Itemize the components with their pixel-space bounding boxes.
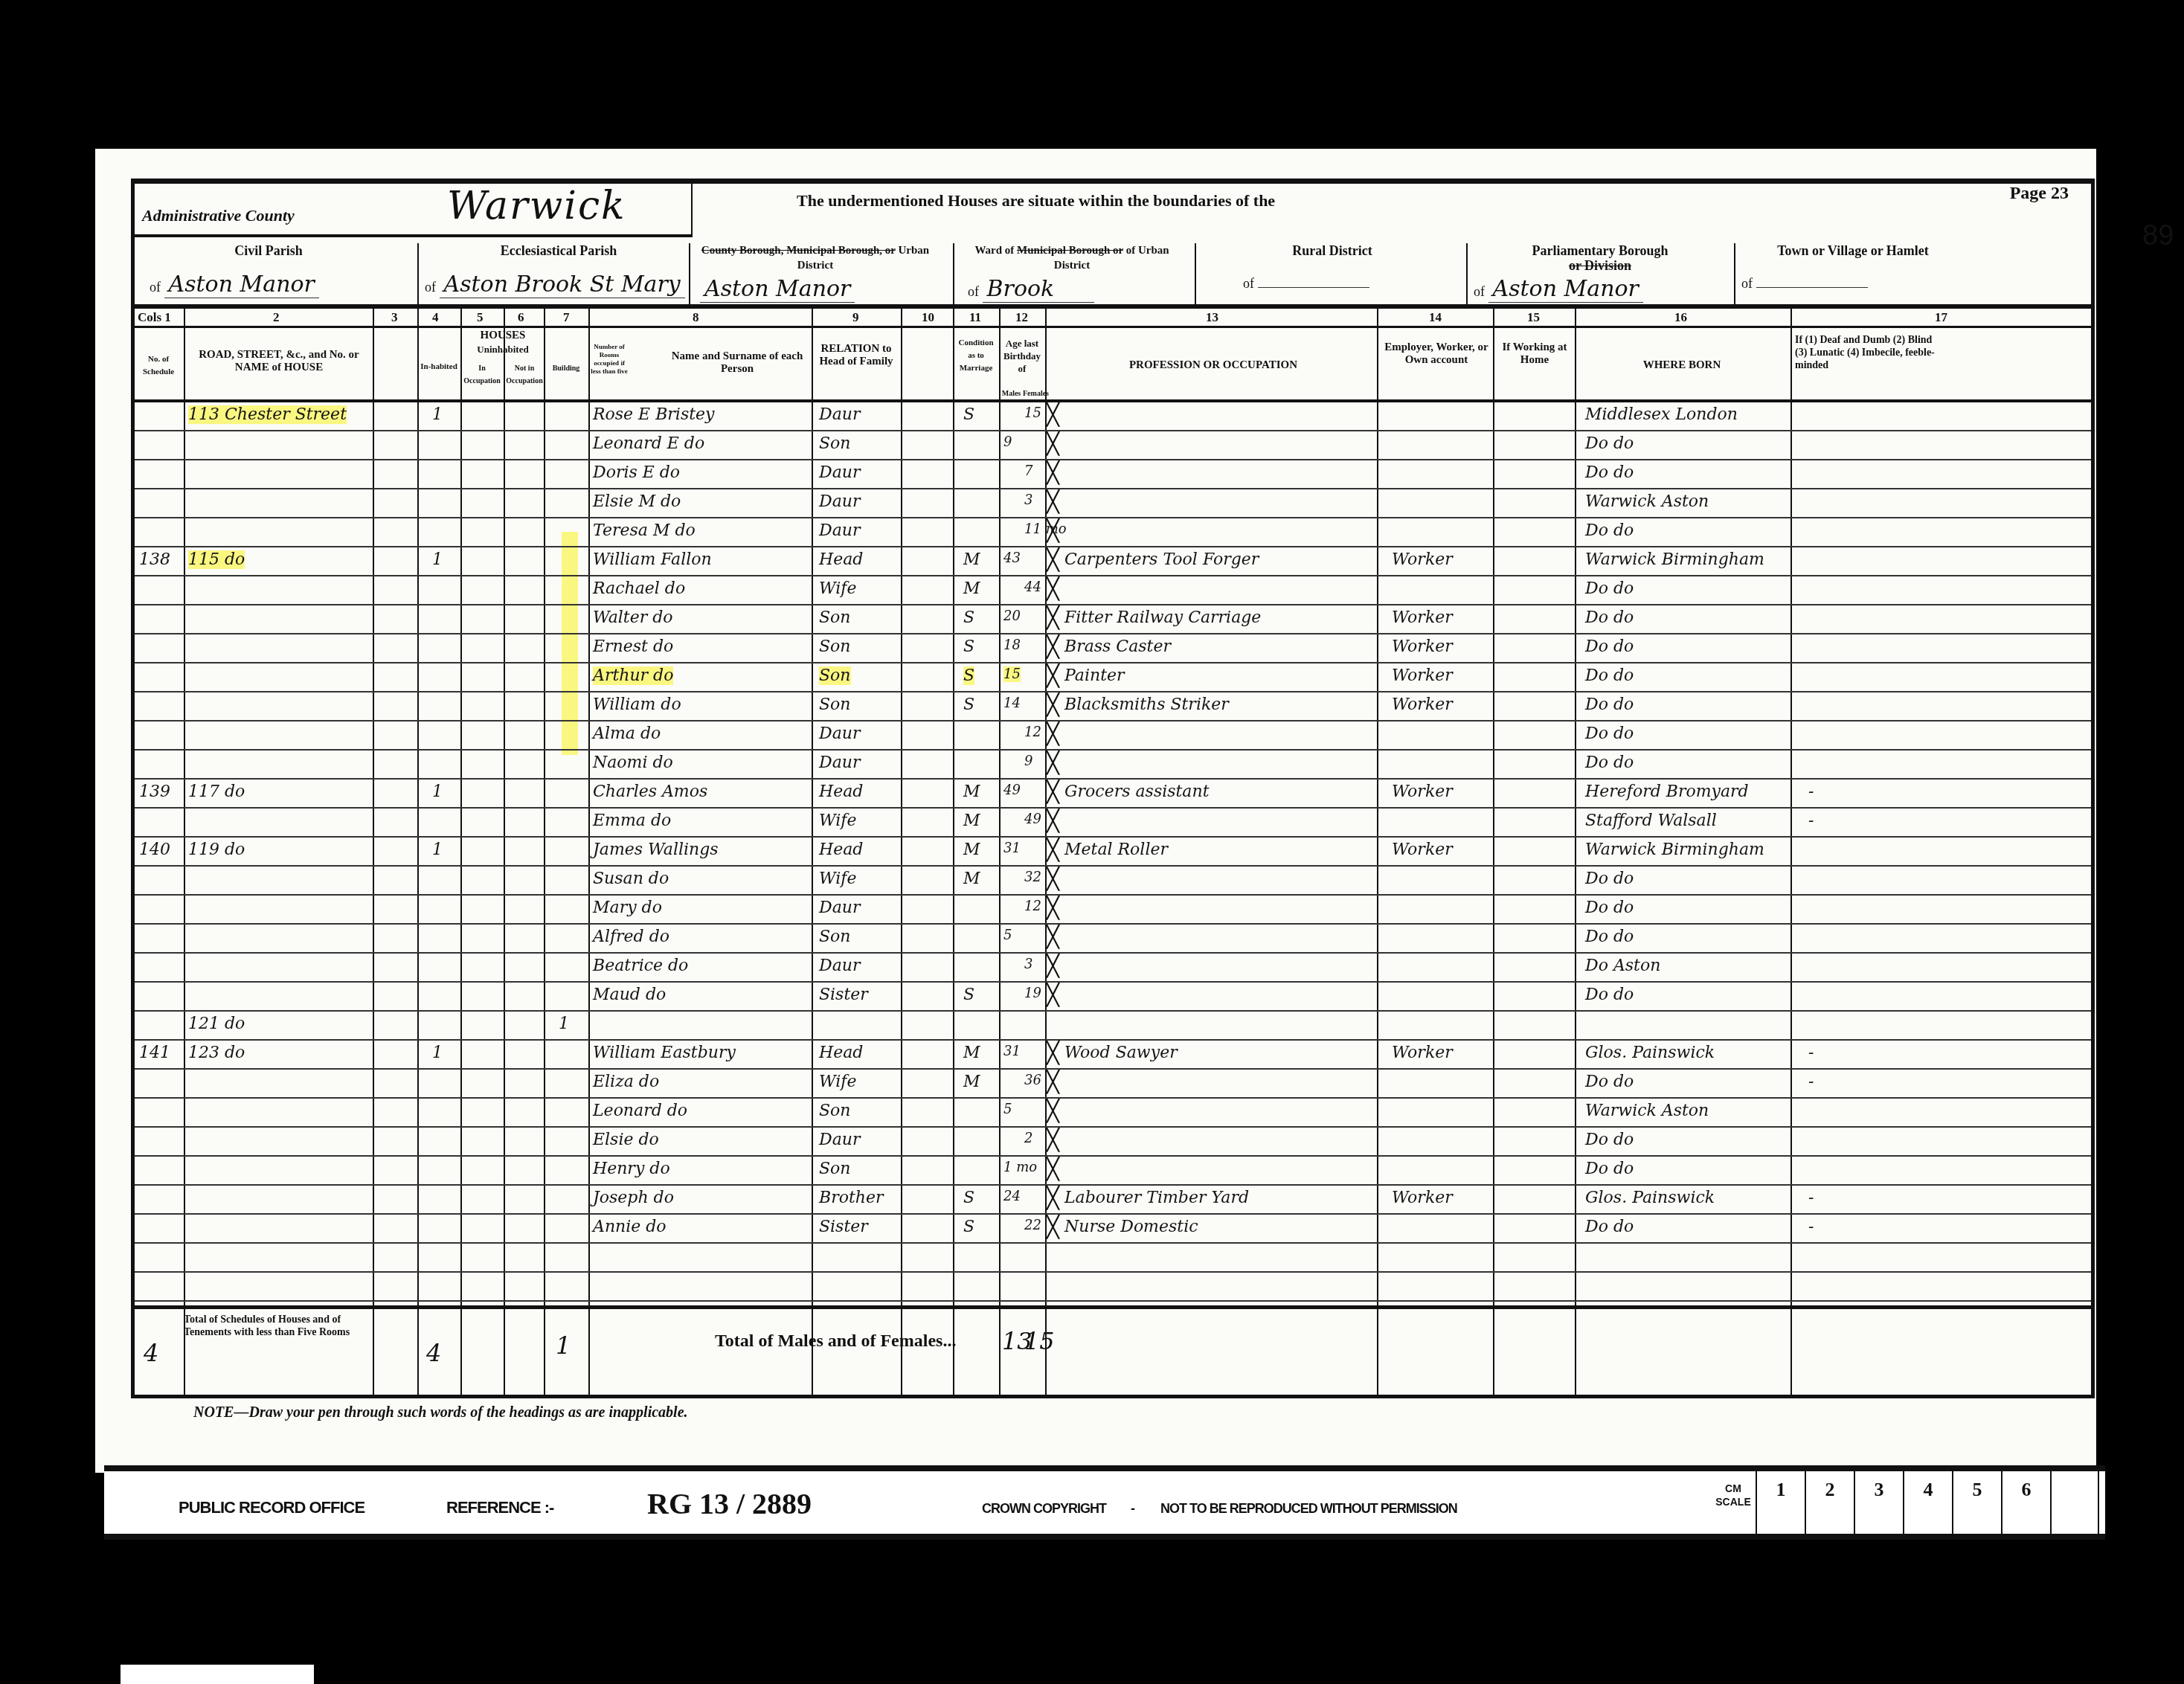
table-row: Alfred doSon5Do do╳ xyxy=(135,925,2091,954)
employer-status: Worker xyxy=(1392,608,1453,627)
person-name: Mary do xyxy=(593,899,662,917)
table-row: Maud doSisterS19Do do╳ xyxy=(135,983,2091,1012)
inhabited-count: 1 xyxy=(432,782,443,801)
marital-condition: M xyxy=(963,550,980,569)
tally-cross-icon: ╳ xyxy=(1047,1070,1059,1094)
person-name: William Fallon xyxy=(593,550,712,569)
urban-district-field: Aston Manor xyxy=(700,276,855,303)
employer-status: Worker xyxy=(1392,666,1453,685)
admin-county-value: Warwick xyxy=(447,184,626,228)
rural-district-label: Rural District xyxy=(1250,243,1414,258)
female-age: 19 xyxy=(1024,986,1041,1001)
male-age: 14 xyxy=(1003,695,1021,711)
relation: Daur xyxy=(819,1131,860,1149)
heading-houses: HOUSES xyxy=(421,330,585,342)
total-females: 15 xyxy=(1024,1327,1055,1355)
where-born: Warwick Aston xyxy=(1585,492,1709,511)
person-name: Alma do xyxy=(593,724,661,743)
address: 121 do xyxy=(188,1015,245,1033)
heading-road: ROAD, STREET, &c., and No. or NAME of HO… xyxy=(188,349,370,374)
employer-status: Worker xyxy=(1392,1189,1453,1207)
table-row xyxy=(135,1273,2091,1302)
where-born: Do do xyxy=(1585,695,1634,714)
female-age: 49 xyxy=(1024,812,1041,827)
table-row: Teresa M doDaur11 moDo do╳ xyxy=(135,518,2091,547)
inhabited-count: 1 xyxy=(432,1044,443,1062)
person-name: Teresa M do xyxy=(593,521,696,540)
where-born: Do do xyxy=(1585,463,1634,482)
table-row: Annie doSisterS22Nurse DomesticDo do-╳ xyxy=(135,1215,2091,1244)
employer-status: Worker xyxy=(1392,782,1453,801)
marital-condition: S xyxy=(963,666,974,685)
parliamentary-borough-value: Aston Manor xyxy=(1488,276,1643,303)
occupation: Wood Sawyer xyxy=(1064,1044,1178,1062)
male-age: 9 xyxy=(1003,434,1012,450)
relation: Daur xyxy=(819,724,860,743)
page-number: Page 23 xyxy=(2010,184,2069,204)
address: 115 do xyxy=(188,550,245,569)
occupation: Labourer Timber Yard xyxy=(1064,1189,1249,1207)
person-name: Annie do xyxy=(593,1218,667,1236)
marital-condition: S xyxy=(963,405,974,424)
table-row: Leonard doSon5Warwick Aston╳ xyxy=(135,1099,2091,1128)
person-name: Walter do xyxy=(593,608,673,627)
heading-building: Building xyxy=(545,362,587,375)
marital-condition: S xyxy=(963,637,974,656)
heading-name: Name and Surname of each Person xyxy=(663,350,812,376)
marital-condition: M xyxy=(963,841,980,859)
relation: Head xyxy=(819,841,863,859)
heading-working-at-home: If Working at Home xyxy=(1496,341,1573,367)
person-name: Eliza do xyxy=(593,1073,659,1091)
address: 123 do xyxy=(188,1044,245,1062)
schedule-number: 140 xyxy=(139,841,170,859)
tally-cross-icon: ╳ xyxy=(1047,518,1059,543)
col-number: 12 xyxy=(1015,310,1028,325)
tally-cross-icon: ╳ xyxy=(1047,663,1059,688)
heading-rooms: Number of Rooms occupied if less than fi… xyxy=(590,343,629,376)
tally-cross-icon: ╳ xyxy=(1047,1128,1059,1152)
divider xyxy=(1466,243,1468,309)
total-schedules: 4 xyxy=(144,1339,158,1367)
person-name: Beatrice do xyxy=(593,957,688,975)
person-name: Emma do xyxy=(593,812,671,830)
tally-cross-icon: ╳ xyxy=(1047,751,1059,775)
male-age: 5 xyxy=(1003,928,1012,943)
scale-mark: 4 xyxy=(1903,1471,1952,1534)
scale-label: CM SCALE xyxy=(1711,1471,1756,1534)
relation: Son xyxy=(819,666,851,685)
scale-mark: 3 xyxy=(1854,1471,1903,1534)
rural-district-field: of xyxy=(1243,276,1369,292)
relation: Head xyxy=(819,550,863,569)
address: 113 Chester Street xyxy=(188,405,347,424)
civil-parish-label: Civil Parish xyxy=(179,243,358,258)
relation: Daur xyxy=(819,957,860,975)
urban-district-label: County Borough, Municipal Borough, or Ur… xyxy=(696,243,934,273)
col-number: 14 xyxy=(1429,310,1442,325)
relation: Wife xyxy=(819,579,856,598)
divider xyxy=(1195,243,1196,309)
marital-condition: S xyxy=(963,1189,974,1207)
table-row: 141123 do1William EastburyHeadM31Wood Sa… xyxy=(135,1041,2091,1070)
male-age: 18 xyxy=(1003,637,1021,653)
where-born: Do do xyxy=(1585,666,1634,685)
table-row: Henry doSon1 moDo do╳ xyxy=(135,1157,2091,1186)
marital-condition: S xyxy=(963,986,974,1004)
where-born: Hereford Bromyard xyxy=(1585,782,1749,801)
female-age: 15 xyxy=(1024,405,1041,421)
situate-text: The undermentioned Houses are situate wi… xyxy=(797,191,1275,210)
where-born: Do do xyxy=(1585,579,1634,598)
address: 119 do xyxy=(188,841,245,859)
heading-infirmity: If (1) Deaf and Dumb (2) Blind (3) Lunat… xyxy=(1795,334,1944,372)
male-age: 1 mo xyxy=(1003,1160,1037,1175)
table-row: Naomi doDaur9Do do╳ xyxy=(135,751,2091,780)
reference-number: RG 13 / 2889 xyxy=(647,1486,812,1521)
divider xyxy=(1734,243,1735,309)
relation: Daur xyxy=(819,753,860,772)
female-age: 9 xyxy=(1024,753,1032,769)
col-number: 17 xyxy=(1935,310,1947,325)
where-born: Do do xyxy=(1585,521,1634,540)
divider xyxy=(953,243,954,309)
person-name: Rose E Bristey xyxy=(593,405,714,424)
tally-cross-icon: ╳ xyxy=(1047,954,1059,978)
separator: - xyxy=(1131,1501,1134,1517)
person-name: Elsie do xyxy=(593,1131,659,1149)
heading-uninhabited: Uninhabited xyxy=(462,343,544,356)
ward-value: Brook xyxy=(983,276,1094,303)
schedule-number: 138 xyxy=(139,550,170,569)
tally-cross-icon: ╳ xyxy=(1047,605,1059,630)
relation: Sister xyxy=(819,986,868,1004)
col-number: 6 xyxy=(518,310,524,325)
relation: Sister xyxy=(819,1218,868,1236)
reference-label: REFERENCE :- xyxy=(446,1498,553,1517)
table-row: Elsie M doDaur3Warwick Aston╳ xyxy=(135,489,2091,518)
relation: Head xyxy=(819,782,863,801)
census-form: Administrative County Warwick The underm… xyxy=(131,179,2095,1398)
male-age: 20 xyxy=(1003,608,1021,624)
where-born: Glos. Painswick xyxy=(1585,1189,1715,1207)
tally-cross-icon: ╳ xyxy=(1047,896,1059,920)
male-age: 15 xyxy=(1003,666,1021,682)
col-number: 11 xyxy=(969,310,981,325)
scale-mark: 6 xyxy=(2001,1471,2050,1534)
males-females-total-label: Total of Males and of Females... xyxy=(715,1331,956,1352)
parliamentary-borough-field: of Aston Manor xyxy=(1474,276,1643,303)
cm-scale: CM SCALE 1 2 3 4 5 6 xyxy=(1711,1471,2099,1534)
person-name: Elsie M do xyxy=(593,492,681,511)
col-number: 5 xyxy=(477,310,484,325)
relation: Brother xyxy=(819,1189,883,1207)
infirmity: - xyxy=(1808,1073,1814,1091)
table-row: William doSonS14Blacksmiths StrikerWorke… xyxy=(135,692,2091,722)
tally-cross-icon: ╳ xyxy=(1047,489,1059,514)
infirmity: - xyxy=(1808,1044,1814,1062)
person-name: Leonard E do xyxy=(593,434,704,453)
where-born: Warwick Birmingham xyxy=(1585,841,1764,859)
person-name: Naomi do xyxy=(593,753,673,772)
table-row xyxy=(135,1244,2091,1273)
folio-number: 89 xyxy=(2142,220,2174,252)
permission-label: NOT TO BE REPRODUCED WITHOUT PERMISSION xyxy=(1160,1501,1457,1517)
male-age: 31 xyxy=(1003,841,1021,856)
town-village-field: of xyxy=(1741,276,1868,292)
table-row: 140119 do1James WallingsHeadM31Metal Rol… xyxy=(135,838,2091,867)
person-name: Rachael do xyxy=(593,579,685,598)
heading-employer: Employer, Worker, or Own account xyxy=(1384,341,1488,367)
tally-cross-icon: ╳ xyxy=(1047,402,1059,427)
ecclesiastical-parish-field: of Aston Brook St Mary xyxy=(425,271,685,298)
person-name: Ernest do xyxy=(593,637,673,656)
tally-cross-icon: ╳ xyxy=(1047,780,1059,804)
heading-in-occupation: In Occupation xyxy=(462,362,502,388)
where-born: Do do xyxy=(1585,434,1634,453)
marital-condition: S xyxy=(963,608,974,627)
table-row: Doris E doDaur7Do do╳ xyxy=(135,460,2091,489)
female-age: 11 mo xyxy=(1024,521,1067,537)
form-header: Administrative County Warwick The underm… xyxy=(135,184,2091,309)
person-name: Alfred do xyxy=(593,928,669,946)
where-born: Do do xyxy=(1585,899,1634,917)
person-name: Charles Amos xyxy=(593,782,707,801)
male-age: 31 xyxy=(1003,1044,1021,1059)
occupation: Grocers assistant xyxy=(1064,782,1209,801)
tally-cross-icon: ╳ xyxy=(1047,547,1059,572)
where-born: Warwick Aston xyxy=(1585,1102,1709,1120)
where-born: Do do xyxy=(1585,928,1634,946)
heading-relation: RELATION to Head of Family xyxy=(815,343,898,368)
tally-cross-icon: ╳ xyxy=(1047,460,1059,485)
form-note: NOTE—Draw your pen through such words of… xyxy=(193,1404,688,1421)
table-row: Ernest doSonS18Brass CasterWorkerDo do╳ xyxy=(135,634,2091,663)
schedule-number: 139 xyxy=(139,782,170,801)
where-born: Stafford Walsall xyxy=(1585,812,1717,830)
female-age: 7 xyxy=(1024,463,1032,479)
tally-cross-icon: ╳ xyxy=(1047,1099,1059,1123)
table-row: Leonard E doSon9Do do╳ xyxy=(135,431,2091,460)
inhabited-count: 1 xyxy=(432,550,443,569)
table-row: 138115 do1William FallonHeadM43Carpenter… xyxy=(135,547,2091,576)
record-office-label: PUBLIC RECORD OFFICE xyxy=(179,1498,364,1517)
marital-condition: M xyxy=(963,1073,980,1091)
occupation: Brass Caster xyxy=(1064,637,1171,656)
relation: Son xyxy=(819,637,851,656)
female-age: 36 xyxy=(1024,1073,1041,1088)
relation: Son xyxy=(819,928,851,946)
where-born: Do do xyxy=(1585,753,1634,772)
ward-field: of Brook xyxy=(968,276,1094,303)
tally-cross-icon: ╳ xyxy=(1047,431,1059,456)
female-age: 32 xyxy=(1024,870,1041,885)
person-name: James Wallings xyxy=(593,841,719,859)
tally-cross-icon: ╳ xyxy=(1047,867,1059,891)
marital-condition: M xyxy=(963,812,980,830)
heading-not-in-occupation: Not in Occupation xyxy=(505,362,544,388)
heading-inhabited: In-habited xyxy=(419,361,459,373)
total-inhabited: 4 xyxy=(426,1339,441,1367)
table-row: Rachael doWifeM44Do do╳ xyxy=(135,576,2091,605)
town-village-value xyxy=(1756,287,1868,288)
schedules-total-label: Total of Schedules of Houses and of Tene… xyxy=(184,1314,370,1339)
relation: Daur xyxy=(819,899,860,917)
where-born: Do do xyxy=(1585,637,1634,656)
relation: Daur xyxy=(819,521,860,540)
scale-mark: 5 xyxy=(1952,1471,2001,1534)
heading-age: Age last Birthday of xyxy=(1001,337,1044,375)
table-row: Elsie doDaur2Do do╳ xyxy=(135,1128,2091,1157)
marital-condition: M xyxy=(963,782,980,801)
relation: Son xyxy=(819,434,851,453)
relation: Head xyxy=(819,1044,863,1062)
person-name: Leonard do xyxy=(593,1102,687,1120)
table-row: Joseph doBrotherS24Labourer Timber YardW… xyxy=(135,1186,2091,1215)
table-row: Arthur doSonS15PainterWorkerDo do╳ xyxy=(135,663,2091,692)
infirmity: - xyxy=(1808,782,1814,801)
relation: Daur xyxy=(819,405,860,424)
marital-condition: M xyxy=(963,870,980,888)
tally-cross-icon: ╳ xyxy=(1047,692,1059,717)
female-age: 3 xyxy=(1024,492,1032,508)
employer-status: Worker xyxy=(1392,637,1453,656)
column-numbers: Cols 1 2 3 4 5 6 7 8 9 10 11 12 13 14 15… xyxy=(135,309,2091,328)
male-age: 49 xyxy=(1003,782,1021,798)
address: 117 do xyxy=(188,782,245,801)
heading-condition: Condition as to Marriage xyxy=(954,337,998,375)
male-age: 43 xyxy=(1003,550,1021,566)
person-name: William Eastbury xyxy=(593,1044,736,1062)
town-village-label: Town or Village or Hamlet xyxy=(1749,243,1957,258)
tally-cross-icon: ╳ xyxy=(1047,1041,1059,1065)
admin-county-label: Administrative County xyxy=(142,206,295,225)
female-age: 22 xyxy=(1024,1218,1041,1233)
tally-cross-icon: ╳ xyxy=(1047,983,1059,1007)
col-number: 9 xyxy=(852,310,859,325)
white-tab xyxy=(121,1665,314,1684)
ward-label: Ward of Municipal Borough or of Urban Di… xyxy=(960,243,1183,273)
table-row: Alma doDaur12Do do╳ xyxy=(135,722,2091,751)
col-number: 16 xyxy=(1674,310,1687,325)
copyright-label: CROWN COPYRIGHT xyxy=(982,1501,1106,1517)
marital-condition: S xyxy=(963,1218,974,1236)
tally-cross-icon: ╳ xyxy=(1047,722,1059,746)
tally-cross-icon: ╳ xyxy=(1047,1157,1059,1181)
totals-row: 4 Total of Schedules of Houses and of Te… xyxy=(135,1305,2091,1395)
table-row: 139117 do1Charles AmosHeadM49Grocers ass… xyxy=(135,780,2091,809)
where-born: Warwick Birmingham xyxy=(1585,550,1764,569)
employer-status: Worker xyxy=(1392,550,1453,569)
where-born: Do Aston xyxy=(1585,957,1660,975)
tally-cross-icon: ╳ xyxy=(1047,576,1059,601)
table-row: Walter doSonS20Fitter Railway CarriageWo… xyxy=(135,605,2091,634)
tally-cross-icon: ╳ xyxy=(1047,1215,1059,1239)
building-count: 1 xyxy=(559,1015,569,1033)
heading-females: Females xyxy=(1023,388,1045,400)
divider xyxy=(689,243,690,309)
reference-strip: PUBLIC RECORD OFFICE REFERENCE :- RG 13 … xyxy=(104,1465,2105,1540)
table-row: Susan doWifeM32Do do╳ xyxy=(135,867,2091,896)
ecclesiastical-parish-value: Aston Brook St Mary xyxy=(440,271,685,298)
where-born: Do do xyxy=(1585,724,1634,743)
infirmity: - xyxy=(1808,1218,1814,1236)
col-number: 4 xyxy=(432,310,439,325)
divider xyxy=(417,243,419,309)
admin-county-box: Administrative County Warwick xyxy=(135,184,693,237)
col-number: 7 xyxy=(563,310,570,325)
relation: Daur xyxy=(819,492,860,511)
person-name: Susan do xyxy=(593,870,669,888)
tally-cross-icon: ╳ xyxy=(1047,838,1059,862)
where-born: Do do xyxy=(1585,1073,1634,1091)
heading-schedule: No. of Schedule xyxy=(136,353,181,379)
person-name: Joseph do xyxy=(593,1189,674,1207)
relation: Son xyxy=(819,608,851,627)
male-age: 5 xyxy=(1003,1102,1012,1117)
rural-district-value xyxy=(1258,287,1369,288)
col-number: Cols 1 xyxy=(138,310,171,325)
table-row: Mary doDaur12Do do╳ xyxy=(135,896,2091,925)
where-born: Do do xyxy=(1585,1131,1634,1149)
relation: Wife xyxy=(819,812,856,830)
where-born: Do do xyxy=(1585,1218,1634,1236)
col-number: 2 xyxy=(273,310,280,325)
urban-district-value: Aston Manor xyxy=(700,276,855,303)
ecclesiastical-parish-label: Ecclesiastical Parish xyxy=(447,243,670,258)
heading-where-born: WHERE BORN xyxy=(1578,359,1786,372)
female-age: 12 xyxy=(1024,724,1041,740)
where-born: Glos. Painswick xyxy=(1585,1044,1715,1062)
occupation: Metal Roller xyxy=(1064,841,1168,859)
infirmity: - xyxy=(1808,1189,1814,1207)
heading-occupation: PROFESSION OR OCCUPATION xyxy=(1057,359,1369,372)
column-headings: No. of Schedule ROAD, STREET, &c., and N… xyxy=(135,328,2091,402)
relation: Son xyxy=(819,1160,851,1178)
employer-status: Worker xyxy=(1392,841,1453,859)
person-name: William do xyxy=(593,695,681,714)
where-born: Do do xyxy=(1585,986,1634,1004)
table-row: Eliza doWifeM36Do do-╳ xyxy=(135,1070,2091,1099)
marital-condition: S xyxy=(963,695,974,714)
employer-status: Worker xyxy=(1392,695,1453,714)
female-age: 2 xyxy=(1024,1131,1032,1146)
table-row: 113 Chester Street1Rose E BristeyDaurS15… xyxy=(135,402,2091,431)
female-age: 44 xyxy=(1024,579,1041,595)
col-number: 3 xyxy=(391,310,398,325)
tally-cross-icon: ╳ xyxy=(1047,634,1059,659)
where-born: Do do xyxy=(1585,608,1634,627)
tally-cross-icon: ╳ xyxy=(1047,925,1059,949)
table-row: 121 do1 xyxy=(135,1012,2091,1041)
relation: Son xyxy=(819,695,851,714)
col-number: 15 xyxy=(1527,310,1540,325)
where-born: Middlesex London xyxy=(1585,405,1738,424)
scale-mark: 2 xyxy=(1805,1471,1854,1534)
schedule-number: 141 xyxy=(139,1044,170,1062)
inhabited-count: 1 xyxy=(432,405,443,424)
person-name: Doris E do xyxy=(593,463,680,482)
occupation: Blacksmiths Striker xyxy=(1064,695,1229,714)
infirmity: - xyxy=(1808,812,1814,830)
total-building: 1 xyxy=(556,1331,571,1360)
female-age: 3 xyxy=(1024,957,1032,972)
person-name: Henry do xyxy=(593,1160,670,1178)
female-age: 12 xyxy=(1024,899,1041,914)
occupation: Carpenters Tool Forger xyxy=(1064,550,1259,569)
tally-cross-icon: ╳ xyxy=(1047,809,1059,833)
col-number: 13 xyxy=(1206,310,1218,325)
